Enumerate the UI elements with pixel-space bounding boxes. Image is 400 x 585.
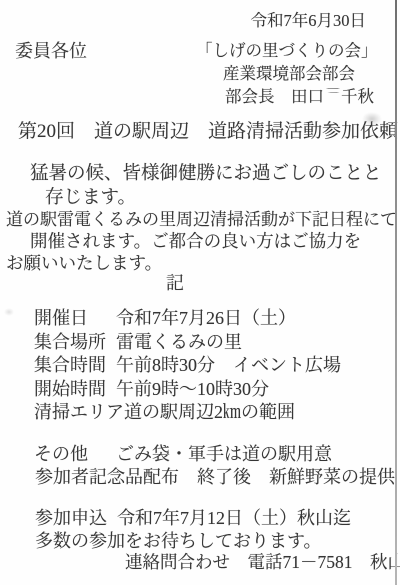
scan-artifact-mark	[324, 86, 341, 98]
detail-label-event-date: 開催日	[34, 304, 116, 330]
sender-chief: 部会長 田口千秋	[225, 83, 374, 107]
detail-label-meeting-time: 集合時間	[34, 351, 116, 377]
detail-value-event-date: 令和7年7月26日（土）	[116, 304, 296, 330]
scan-smudge-left	[4, 308, 14, 316]
memento-text: 参加者記念品配布 終了後 新鮮野菜の提供	[35, 463, 395, 489]
sender-organization: 「しげの里づくりの会」	[196, 37, 378, 61]
body-line-3: お願いいたします。	[6, 250, 162, 275]
sender-chief-family-name: 田口	[291, 87, 324, 106]
issue-date: 令和7年6月30日	[251, 7, 367, 31]
detail-row-cleaning-area: 清掃エリア 道の駅周辺2㎞の範囲	[34, 398, 295, 424]
sender-chief-given-name: 千秋	[341, 87, 374, 106]
scan-edge-line	[395, 0, 397, 585]
sender-department: 産業環境部会部会	[223, 60, 355, 84]
document-title: 第20回 道の駅周辺 道路清掃活動参加依頼	[18, 116, 398, 143]
contact-line: 連絡問合わせ 電話71－7581 秋山	[125, 549, 400, 574]
scan-smudge-top-right	[362, 112, 382, 126]
memento-line: 参加者記念品配布 終了後 新鮮野菜の提供	[35, 463, 395, 489]
detail-label-cleaning-area: 清掃エリア	[34, 398, 124, 424]
record-marker: 記	[166, 269, 184, 295]
scanned-notice-document: 令和7年6月30日 委員各位 「しげの里づくりの会」 産業環境部会部会 部会長 …	[0, 0, 400, 585]
body-line-1: 道の駅雷電くるみの里周辺清掃活動が下記日程にて	[6, 205, 397, 230]
detail-value-cleaning-area: 道の駅周辺2㎞の範囲	[124, 398, 295, 424]
greeting-line-1: 猛暑の候、皆様御健勝にお過ごしのことと	[30, 159, 382, 185]
detail-row-meeting-time: 集合時間 午前8時30分 イベント広場	[34, 351, 341, 377]
detail-value-meeting-time: 午前8時30分 イベント広場	[116, 351, 341, 377]
detail-row-event-date: 開催日 令和7年7月26日（土）	[34, 304, 296, 330]
sender-chief-title: 部会長	[225, 87, 275, 106]
addressee: 委員各位	[15, 37, 87, 63]
